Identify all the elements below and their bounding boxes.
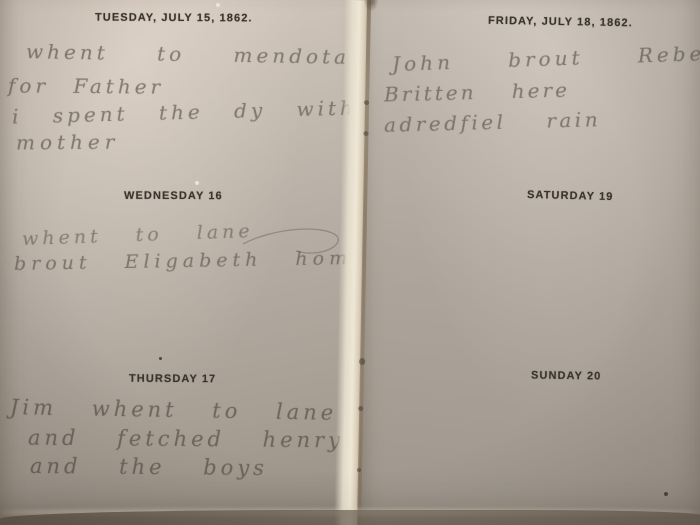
binding-stitch-dot bbox=[357, 468, 361, 472]
entry-line: for Father bbox=[8, 73, 164, 98]
entry-line: whent to lane bbox=[22, 220, 254, 250]
date-header-tuesday-july-15: TUESDAY, JULY 15, 1862. bbox=[95, 12, 253, 25]
page-bottom-shadow bbox=[0, 510, 700, 525]
date-header-saturday-19: SATURDAY 19 bbox=[527, 189, 614, 203]
entry-line: Jim whent to lane bbox=[10, 395, 338, 425]
page-top-gap-shadow bbox=[364, 0, 378, 11]
entry-line: and the boys bbox=[30, 454, 268, 480]
paper-speck bbox=[216, 3, 220, 7]
date-header-thursday-17: THURSDAY 17 bbox=[129, 373, 216, 385]
entry-line: mother bbox=[16, 130, 120, 155]
diary-photo: TUESDAY, JULY 15, 1862. whent to mendota… bbox=[0, 0, 700, 525]
paper-speck bbox=[664, 492, 668, 496]
date-header-friday-july-18: FRIDAY, JULY 18, 1862. bbox=[488, 15, 633, 30]
entry-line: Britten here bbox=[384, 78, 570, 107]
binding-stitch-dot bbox=[358, 406, 363, 411]
diary-page-left: TUESDAY, JULY 15, 1862. whent to mendota… bbox=[0, 0, 356, 525]
entry-line: and fetched henry bbox=[28, 426, 344, 453]
binding-stitch-dot bbox=[364, 100, 369, 105]
entry-line: i spent the dy with bbox=[12, 95, 357, 128]
entry-line: whent to mendota bbox=[26, 39, 350, 69]
paper-speck bbox=[159, 357, 162, 360]
entry-line: brout Eligabeth hom bbox=[14, 247, 352, 275]
date-header-wednesday-16: WEDNESDAY 16 bbox=[124, 190, 223, 202]
paper-speck bbox=[195, 181, 199, 185]
binding-stitch-dot bbox=[363, 131, 368, 136]
date-header-sunday-20: SUNDAY 20 bbox=[531, 370, 602, 383]
